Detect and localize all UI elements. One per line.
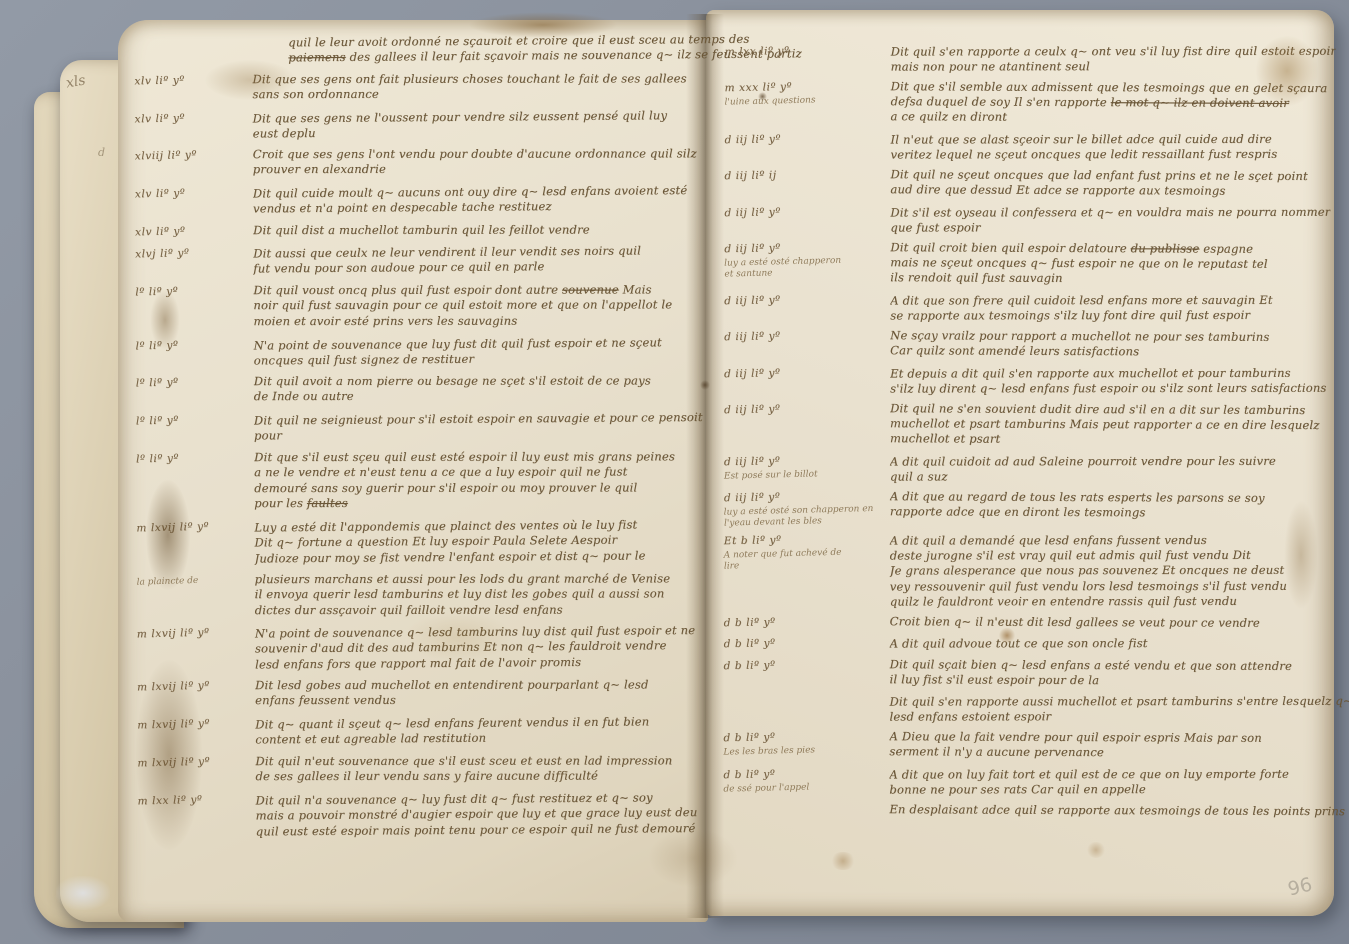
entry-lines: Et depuis a dit quil s'en rapporte aux m…: [890, 365, 1326, 396]
manuscript-line: enfans feussent vendus: [255, 693, 697, 709]
manuscript-line: veritez lequel ne sçeut oncques que ledi…: [891, 147, 1321, 163]
manuscript-line: il luy fist s'il eust espoir pour de la: [890, 672, 1320, 689]
ledger-entry: xlv liº yºDit que ses gens ont fait plus…: [134, 71, 694, 104]
line-text: il luy fist s'il eust espoir pour de la: [890, 672, 1100, 687]
margin-note: luy a esté osté chapperon et santune: [724, 255, 890, 280]
ledger-entry: m lxvij liº yºDit lesd gobes aud muchell…: [137, 677, 697, 710]
ledger-entry: lº liº yºDit que s'il eust sçeu quil eus…: [136, 449, 696, 513]
entry-lines: A dit que son frere quil cuidoit lesd en…: [890, 293, 1320, 324]
manuscript-line: A dit quil cuidoit ad aud Saleine pourro…: [890, 453, 1320, 469]
entry-lines: Dit quil s'en rapporte aussi muchellot e…: [889, 694, 1349, 725]
entry-lines: N'a point de souvenance q~ lesd tamburin…: [255, 623, 697, 673]
manuscript-line: mais non pour ne atantinent seul: [891, 59, 1336, 75]
line-text: a ne le vendre et n'eust tenu a ce que a…: [254, 465, 627, 480]
margin-cell: m lxx liº yº: [138, 792, 256, 807]
margin-note: la plaincte de: [136, 574, 254, 588]
line-text: En desplaisant adce quil se rapporte aux…: [889, 802, 1345, 818]
margin-amount: d iij liº yº: [724, 365, 890, 381]
line-text: Dit que ses gens ne l'oussent pour vendr…: [253, 108, 668, 125]
manuscript-line: Dit quil dist a muchellot tamburin quil …: [253, 222, 695, 238]
line-text: A dit que on luy fait tort et quil est d…: [889, 767, 1289, 782]
line-text: Croit bien q~ il n'eust dit lesd gallees…: [890, 614, 1260, 630]
ledger-entry: d iij liº yºluy a esté osté chapperon et…: [724, 241, 1320, 288]
manuscript-line: A dit que on luy fait tort et quil est d…: [889, 766, 1319, 782]
ledger-entry: d iij liº yºEst posé sur le billotA dit …: [724, 453, 1320, 484]
margin-amount: m lxx liº yº: [725, 43, 891, 59]
entry-lines: Luy a esté dit l'appondemis que plainct …: [254, 517, 696, 567]
line-text: a ce quilz en diront: [890, 110, 1007, 125]
manuscript-line: muchellot et psart: [890, 432, 1320, 449]
margin-cell: m lxvij liº yº: [137, 626, 255, 641]
margin-cell: d iij liº yºEst posé sur le billot: [724, 453, 890, 480]
entry-lines: Dit quil dist a muchellot tamburin quil …: [253, 222, 695, 238]
manuscript-line: Je grans alesperance que nous pas souven…: [890, 563, 1320, 579]
line-text: quil eust esté espoir mais point tenu po…: [256, 820, 696, 837]
manuscript-line: Croit que ses gens l'ont vendu pour doub…: [253, 147, 697, 163]
manuscript-line: Il n'eut que se alast sçeoir sur le bill…: [890, 132, 1320, 148]
margin-note: Les les bras les pies: [723, 744, 889, 759]
margin-note: Est posé sur le billot: [724, 467, 890, 482]
margin-amount: d iij liº yº: [724, 240, 890, 256]
line-text: Dit q~ quant il sçeut q~ lesd enfans feu…: [255, 714, 649, 731]
ledger-entry: la plaincte deplusieurs marchans et auss…: [137, 571, 697, 620]
line-text: vendus et n'a point en despecable tache …: [253, 200, 552, 216]
entry-lines: Dit quil n'eut souvenance que s'il eust …: [255, 753, 697, 785]
line-text: muchellot et psart tamburins Mais peut r…: [890, 416, 1320, 432]
line-text: Dit quil croit bien quil espoir delatour…: [890, 240, 1130, 255]
line-text: A dit quil advoue tout ce que son oncle …: [890, 636, 1148, 650]
margin-cell: m xxx liº yºl'uine aux questions: [725, 80, 891, 107]
margin-cell: d b liº yºLes les bras les pies: [723, 730, 889, 757]
line-text: N'a point de souvenance q~ lesd tamburin…: [255, 623, 696, 640]
manuscript-line: de Inde ou autre: [254, 389, 696, 405]
manuscript-line: a ce quilz en diront: [890, 110, 1327, 127]
margin-amount: d iij liº ij: [724, 167, 890, 183]
line-text: sans son ordonnance: [252, 87, 378, 101]
margin-cell: Et b liº yºA noter que fut achevé de lir…: [724, 533, 890, 570]
manuscript-line: fut vendu pour son audoue pour ce quil e…: [253, 259, 695, 278]
line-text: pour les: [254, 496, 307, 510]
margin-cell: d b liº yº: [724, 657, 890, 671]
ledger-entry: lº liº yºDit quil ne seignieust pour s'i…: [136, 411, 696, 444]
line-text: deste jurogne s'il est vray quil eut adm…: [890, 548, 1251, 563]
manuscript-line: deste jurogne s'il est vray quil eut adm…: [890, 548, 1320, 564]
entry-lines: Dit quil ne s'en souvient dudit dire aud…: [890, 401, 1320, 448]
ledger-entry: m lxx liº yºDit quil s'en rapporte a ceu…: [725, 43, 1321, 74]
line-text: rapporte adce que en diront les tesmoing…: [890, 504, 1146, 519]
manuscript-line: Judioze pour moy se fist vendre l'enfant…: [255, 547, 697, 566]
strike-segment: le mot q~ ilz en doivent avoir: [1111, 96, 1289, 111]
manuscript-line: quil a suz: [890, 469, 1320, 485]
line-text: A dit que son frere quil cuidoit lesd en…: [890, 293, 1272, 308]
line-text: Dit quil ne sçeut oncques que lad enfant…: [890, 168, 1307, 184]
ledger-entry: d iij liº yºDit s'il est oyseau il confe…: [724, 204, 1320, 235]
line-text: eust deplu: [253, 126, 316, 140]
line-text: A Dieu que la fait vendre pour quil espo…: [889, 730, 1261, 746]
line-text: A dit quil a demandé que lesd enfans fus…: [890, 533, 1207, 548]
manuscript-line: A dit quil advoue tout ce que son oncle …: [890, 636, 1320, 652]
margin-amount: m lxx liº yº: [137, 792, 255, 808]
line-text: content et eut agreable lad restitution: [255, 731, 486, 747]
ledger-entry: d b liº yºA dit quil advoue tout ce que …: [724, 636, 1320, 652]
margin-cell: xlv liº yº: [135, 186, 253, 201]
ledger-entry: d b liº yºCroit bien q~ il n'eust dit le…: [724, 615, 1320, 631]
entry-lines: Dit q~ quant il sçeut q~ lesd enfans feu…: [255, 714, 697, 748]
ledger-entry: quil le leur avoit ordonné ne sçauroit e…: [134, 33, 694, 66]
line-text: enfans feussent vendus: [255, 694, 396, 708]
ledger-entry: d b liº yºLes les bras les piesA Dieu qu…: [723, 730, 1319, 761]
line-text: Il n'eut que se alast sçeoir sur le bill…: [890, 132, 1271, 147]
margin-cell: xlviij liº yº: [135, 148, 253, 163]
line-text: Et depuis a dit quil s'en rapporte aux m…: [890, 365, 1291, 380]
line-text: A dit que au regard de tous les rats esp…: [890, 489, 1265, 505]
manuscript-line: que fust espoir: [890, 220, 1330, 236]
entry-lines: quil le leur avoit ordonné ne sçauroit e…: [252, 31, 802, 66]
margin-note: A noter que fut achevé de lire: [724, 547, 890, 572]
margin-amount: d b liº yº: [724, 635, 890, 651]
ledger-entry: Et b liº yºA noter que fut achevé de lir…: [724, 533, 1320, 610]
margin-cell: d iij liº yº: [725, 131, 891, 145]
manuscript-line: vey ressouvenir quil fust vendu lors les…: [890, 578, 1320, 594]
manuscript-line: Dit quil sçait bien q~ lesd enfans a est…: [890, 657, 1320, 674]
manuscript-line: Car quilz sont amendé leurs satisfaction…: [890, 344, 1320, 361]
margin-amount: xlv liº yº: [135, 186, 253, 202]
manuscript-line: lesd enfans estoient espoir: [890, 709, 1349, 725]
ledger-entry: lº liº yºN'a point de souvenance que luy…: [136, 335, 696, 368]
margin-amount: m lxvij liº yº: [137, 717, 255, 733]
manuscript-line: Dit quil n'eut souvenance que s'il eust …: [255, 753, 697, 769]
margin-cell: d iij liº ij: [724, 168, 890, 182]
margin-amount: d iij liº yº: [724, 131, 890, 147]
line-text: mais a pouvoir monstré d'augier espoir q…: [256, 805, 698, 822]
ledger-entry: d iij liº yºEt depuis a dit quil s'en ra…: [724, 365, 1320, 396]
line-text: Dit quil dist a muchellot tamburin quil …: [253, 223, 590, 238]
line-text: vey ressouvenir quil fust vendu lors les…: [890, 579, 1287, 594]
margin-amount: m lxvij liº yº: [136, 519, 254, 535]
line-text: A dit quil cuidoit ad aud Saleine pourro…: [890, 454, 1276, 469]
margin-cell: d iij liº yº: [724, 365, 890, 379]
line-text: moien et avoir esté prins vers les sauva…: [253, 314, 517, 328]
margin-cell: d iij liº yº: [724, 402, 890, 416]
manuscript-line: Dit quil s'en rapporte a ceulx q~ ont ve…: [891, 44, 1336, 60]
line-tail: espagne: [1199, 242, 1253, 256]
line-text: Ne sçay vrailz pour rapport a muchellot …: [890, 328, 1269, 344]
line-text: se rapporte aux tesmoings s'ilz luy font…: [890, 308, 1250, 323]
strike-segment: paiemens: [288, 50, 345, 64]
manuscript-line: lesd enfans fors que rapport mal fait de…: [255, 654, 697, 673]
margin-cell: lº liº yº: [136, 451, 254, 466]
line-text: Dit quil s'en rapporte a ceulx q~ ont ve…: [891, 44, 1336, 59]
margin-cell: m lxvij liº yº: [137, 755, 255, 770]
margin-cell: xlvj liº yº: [135, 246, 253, 261]
manuscript-line: A dit que son frere quil cuidoit lesd en…: [890, 293, 1320, 309]
margin-letter-mark: d: [98, 146, 105, 159]
line-text: Dit quil n'eut souvenance que s'il eust …: [255, 753, 672, 768]
entry-lines: A dit quil a demandé que lesd enfans fus…: [890, 533, 1320, 610]
margin-cell: d b liº yº: [724, 615, 890, 629]
manuscript-line: moien et avoir esté prins vers les sauva…: [253, 313, 695, 329]
margin-amount: xlv liº yº: [134, 72, 252, 88]
line-text: fut vendu pour son audoue pour ce quil e…: [253, 260, 544, 276]
margin-cell: [134, 35, 252, 37]
ledger-entry: d iij liº yºDit quil ne s'en souvient du…: [724, 402, 1320, 449]
margin-cell: m lxvij liº yº: [136, 519, 254, 534]
line-text: souvenir d'aud dit des aud tamburins Et …: [255, 639, 667, 656]
margin-amount: lº liº yº: [135, 284, 253, 300]
margin-cell: d iij liº yº: [724, 292, 890, 306]
margin-cell: xlv liº yº: [135, 224, 253, 239]
margin-amount: d iij liº yº: [724, 453, 890, 469]
margin-amount: xlviij liº yº: [135, 148, 253, 164]
line-text: Dit quil cuide moult q~ aucuns ont ouy d…: [253, 183, 688, 200]
line-text: Dit que s'il semble aux admissent que le…: [891, 80, 1328, 96]
margin-amount: d iij liº yº: [724, 204, 890, 220]
entry-lines: Dit quil croit bien quil espoir delatour…: [890, 240, 1320, 287]
line-text: dictes dur assçavoir quil failloit vendr…: [255, 602, 563, 617]
strike-segment: du publisse: [1131, 241, 1200, 255]
manuscript-line: sans son ordonnance: [252, 87, 694, 103]
margin-amount: d iij liº yº: [724, 489, 890, 505]
margin-amount: d b liº yº: [723, 657, 889, 673]
line-text: Dit s'il est oyseau il confessera et q~ …: [890, 205, 1330, 220]
manuscript-line: pour: [254, 425, 703, 444]
entry-lines: A dit que au regard de tous les rats esp…: [890, 489, 1320, 521]
margin-amount: xlv liº yº: [134, 110, 252, 126]
entry-lines: Dit que ses gens ne l'oussent pour vendr…: [253, 108, 695, 142]
manuscript-line: dictes dur assçavoir quil failloit vendr…: [255, 602, 697, 618]
margin-cell: d b liº yºde ssé pour l'appel: [723, 766, 889, 793]
line-text: bonne ne pour ses rats Car quil en appel…: [889, 782, 1146, 796]
line-text: que fust espoir: [890, 220, 980, 234]
line-text: defsa duquel de soy Il s'en rapporte: [891, 95, 1111, 110]
line-text: ils rendoit quil fust sauvagin: [890, 271, 1063, 286]
entry-lines: A dit quil advoue tout ce que son oncle …: [890, 636, 1320, 652]
margin-note: de ssé pour l'appel: [723, 780, 889, 795]
ledger-entry: m lxx liº yºDit quil n'a souvenance q~ l…: [138, 790, 698, 839]
margin-amount: Et b liº yº: [724, 532, 890, 548]
right-page-entries: m lxx liº yºDit quil s'en rapporte a ceu…: [723, 43, 1320, 824]
margin-cell: d iij liº yº: [724, 329, 890, 343]
manuscript-line: rapporte adce que en diront les tesmoing…: [890, 504, 1320, 521]
margin-amount: m lxvij liº yº: [137, 754, 255, 770]
margin-cell: d b liº yº: [724, 636, 890, 650]
entry-lines: N'a point de souvenance que luy fust dit…: [254, 335, 696, 369]
line-text: noir quil fust sauvagin pour ce quil est…: [253, 298, 672, 313]
margin-amount: lº liº yº: [136, 450, 254, 466]
margin-cell: [724, 693, 890, 694]
manuscript-line: vendus et n'a point en despecable tache …: [253, 199, 695, 218]
manuscript-line: Dit quil voust oncq plus quil fust espoi…: [253, 283, 695, 299]
manuscript-line: pour les faultes: [254, 496, 696, 512]
margin-cell: xlv liº yº: [134, 73, 252, 88]
ledger-entry: d iij liº yºA dit que son frere quil cui…: [724, 292, 1320, 323]
line-text: mais non pour ne atantinent seul: [891, 59, 1090, 73]
ledger-entry: d iij liº yºluy a esté osté son chappero…: [724, 490, 1320, 528]
line-text: Dit quil ne s'en souvient dudit dire aud…: [890, 401, 1305, 417]
margin-amount: lº liº yº: [136, 413, 254, 429]
manuscript-line: noir quil fust sauvagin pour ce quil est…: [253, 298, 695, 314]
line-text: muchellot et psart: [890, 432, 1001, 446]
line-text: Dit lesd gobes aud muchellot en entendir…: [255, 678, 648, 693]
margin-amount: d b liº yº: [723, 766, 889, 782]
manuscript-line: plusieurs marchans et aussi pour les lod…: [255, 571, 697, 587]
margin-amount: d iij liº yº: [724, 401, 890, 417]
margin-cell: d iij liº yºluy a esté osté son chappero…: [724, 490, 890, 527]
margin-cell: lº liº yº: [136, 413, 254, 428]
manuscript-line: de ses gallees il leur vendu sans y fair…: [255, 769, 697, 785]
line-tail: Mais: [619, 283, 652, 297]
entry-lines: A dit que on luy fait tort et quil est d…: [889, 766, 1319, 797]
ledger-entry: m lxvij liº yºLuy a esté dit l'appondemi…: [136, 517, 696, 566]
line-text: demouré sans soy guerir pour s'il espoir…: [254, 480, 637, 495]
quire-mark: xls: [65, 72, 87, 91]
entry-lines: Dit quil cuide moult q~ aucuns ont ouy d…: [253, 183, 695, 217]
margin-amount: xlvj liº yº: [135, 246, 253, 262]
entry-lines: Dit quil s'en rapporte a ceulx q~ ont ve…: [891, 44, 1337, 75]
line-text: plusieurs marchans et aussi pour les lod…: [255, 571, 671, 586]
entry-lines: Dit aussi que ceulx ne leur vendirent il…: [253, 243, 695, 277]
manuscript-line: a ne le vendre et n'eust tenu a ce que a…: [254, 465, 696, 481]
margin-amount: m lxvij liº yº: [137, 679, 255, 695]
margin-amount: lº liº yº: [135, 337, 253, 353]
margin-cell: d iij liº yºluy a esté osté chapperon et…: [724, 241, 890, 278]
manuscript-line: prouver en alexandrie: [253, 162, 697, 178]
ledger-entry: m lxvij liº yºDit q~ quant il sçeut q~ l…: [137, 715, 697, 748]
line-text: veritez lequel ne sçeut oncques que ledi…: [891, 147, 1278, 162]
ledger-entry: xlvj liº yºDit aussi que ceulx ne leur v…: [135, 244, 695, 277]
ledger-entry: lº liº yºDit quil avoit a nom pierre ou …: [136, 373, 696, 406]
line-text: prouver en alexandrie: [253, 163, 386, 177]
manuscript-line: serment il n'y a aucune pervenance: [889, 745, 1319, 762]
line-text: Judioze pour moy se fist vendre l'enfant…: [255, 548, 646, 565]
manuscript-photo-background: quil le leur avoit ordonné ne sçauroit e…: [0, 0, 1349, 944]
entry-lines: Dit quil sçait bien q~ lesd enfans a est…: [890, 657, 1320, 689]
entry-lines: Dit quil n'a souvenance q~ luy fust dit …: [255, 790, 697, 840]
ledger-entry: m lxvij liº yºDit quil n'eut souvenance …: [137, 753, 697, 786]
line-text: Dit quil n'a souvenance q~ luy fust dit …: [255, 790, 652, 807]
line-text: lesd enfans estoient espoir: [890, 709, 1052, 723]
manuscript-line: se rapporte aux tesmoings s'ilz luy font…: [890, 308, 1320, 324]
entry-lines: Dit que ses gens ont fait plusieurs chos…: [252, 71, 694, 103]
line-text: oncques quil fust signez de restituer: [254, 352, 475, 368]
entry-lines: Dit lesd gobes aud muchellot en entendir…: [255, 678, 697, 710]
left-page-entries: quil le leur avoit ordonné ne sçauroit e…: [134, 33, 698, 846]
margin-note: l'uine aux questions: [724, 94, 890, 109]
manuscript-line: quilz le fauldront veoir en entendre ras…: [890, 594, 1320, 610]
line-text: aud dire que dessud Et adce se rapporte …: [890, 183, 1225, 198]
line-text: Car quilz sont amendé leurs satisfaction…: [890, 344, 1139, 359]
entry-lines: Dit quil voust oncq plus quil fust espoi…: [253, 283, 695, 330]
line-text: Dit q~ fortune a question Et luy espoir …: [254, 533, 617, 550]
line-text: Croit que ses gens l'ont vendu pour doub…: [253, 147, 697, 162]
margin-cell: lº liº yº: [136, 375, 254, 390]
entry-lines: Croit que ses gens l'ont vendu pour doub…: [253, 147, 697, 179]
strike-segment: souvenue: [562, 283, 619, 297]
margin-amount: d b liº yº: [724, 614, 890, 630]
entry-lines: A dit quil cuidoit ad aud Saleine pourro…: [890, 453, 1320, 484]
ledger-entry: m xxx liº yºl'uine aux questionsDit que …: [725, 80, 1321, 127]
ledger-entry: m lxvij liº yºN'a point de souvenance q~…: [137, 624, 697, 673]
line-text: Luy a esté dit l'appondemis que plainct …: [254, 517, 637, 534]
strike-segment: faultes: [307, 496, 348, 510]
line-text: pour: [254, 429, 282, 443]
entry-lines: plusieurs marchans et aussi pour les lod…: [255, 571, 697, 618]
manuscript-line: content et eut agreable lad restitution: [255, 729, 697, 748]
manuscript-line: oncques quil fust signez de restituer: [254, 350, 696, 369]
ledger-entry: d b liº yºde ssé pour l'appelA dit que o…: [723, 766, 1319, 797]
margin-amount: m lxvij liº yº: [137, 625, 255, 641]
ledger-entry: xlv liº yºDit quil dist a muchellot tamb…: [135, 222, 695, 240]
manuscript-line: ils rendoit quil fust sauvagin: [890, 271, 1320, 288]
manuscript-line: Dit s'il est oyseau il confessera et q~ …: [890, 205, 1330, 221]
manuscript-line: Croit bien q~ il n'eust dit lesd gallees…: [890, 614, 1320, 631]
ledger-entry: En desplaisant adce quil se rapporte aux…: [723, 803, 1319, 819]
line-text: quilz le fauldront veoir en entendre ras…: [890, 594, 1237, 609]
ledger-entry: lº liº yºDit quil voust oncq plus quil f…: [135, 282, 695, 331]
manuscript-line: bonne ne pour ses rats Car quil en appel…: [889, 782, 1319, 798]
ledger-entry: xlv liº yºDit quil cuide moult q~ aucuns…: [135, 184, 695, 217]
line-text: Dit quil sçait bien q~ lesd enfans a est…: [890, 657, 1292, 673]
manuscript-line: Dit lesd gobes aud muchellot en entendir…: [255, 678, 697, 694]
line-text: N'a point de souvenance que luy fust dit…: [254, 335, 662, 352]
ledger-entry: xlv liº yºDit que ses gens ne l'oussent …: [135, 108, 695, 141]
entry-lines: Dit quil ne seignieust pour s'il estoit …: [254, 410, 703, 444]
line-text: quil a suz: [890, 469, 948, 483]
manuscript-line: aud dire que dessud Et adce se rapporte …: [890, 183, 1320, 200]
margin-cell: lº liº yº: [135, 284, 253, 299]
manuscript-line: En desplaisant adce quil se rapporte aux…: [889, 802, 1345, 819]
margin-cell: m lxx liº yº: [725, 43, 891, 57]
manuscript-line: Dit que ses gens ont fait plusieurs chos…: [252, 71, 694, 87]
ledger-entry: d iij liº yºIl n'eut que se alast sçeoir…: [724, 131, 1320, 162]
line-text: il envoya querir lesd tamburins et luy d…: [255, 587, 665, 602]
entry-lines: En desplaisant adce quil se rapporte aux…: [889, 802, 1345, 819]
line-text: serment il n'y a aucune pervenance: [889, 745, 1104, 760]
entry-lines: Dit quil avoit a nom pierre ou besage ne…: [254, 374, 696, 406]
margin-cell: d iij liº yº: [724, 204, 890, 218]
entry-lines: Dit que s'il eust sçeu quil eust esté es…: [254, 449, 696, 511]
ledger-entry: Dit quil s'en rapporte aussi muchellot e…: [723, 693, 1319, 724]
ledger-entry: d iij liº ijDit quil ne sçeut oncques qu…: [724, 168, 1320, 199]
margin-amount: d iij liº yº: [724, 328, 890, 344]
line-text: Dit quil voust oncq plus quil fust espoi…: [253, 283, 562, 298]
margin-cell: la plaincte de: [137, 572, 255, 586]
ledger-entry: d b liº yºDit quil sçait bien q~ lesd en…: [724, 657, 1320, 688]
line-text: Dit quil s'en rapporte aussi muchellot e…: [889, 694, 1349, 709]
entry-lines: Dit s'il est oyseau il confessera et q~ …: [890, 205, 1330, 236]
ledger-entry: xlviij liº yºCroit que ses gens l'ont ve…: [135, 146, 695, 179]
entry-lines: Ne sçay vrailz pour rapport a muchellot …: [890, 328, 1320, 360]
manuscript-line: s'ilz luy dirent q~ lesd enfans fust esp…: [890, 381, 1326, 397]
line-text: Dit aussi que ceulx ne leur vendirent il…: [253, 244, 641, 261]
margin-cell: m lxvij liº yº: [137, 717, 255, 732]
margin-cell: [723, 803, 889, 804]
manuscript-line: Dit quil s'en rapporte aussi muchellot e…: [889, 694, 1349, 710]
entry-lines: Dit quil ne sçeut oncques que lad enfant…: [890, 168, 1320, 200]
line-text: lesd enfans fors que rapport mal fait de…: [255, 655, 581, 672]
manuscript-line: demouré sans soy guerir pour s'il espoir…: [254, 480, 696, 496]
manuscript-line: A dit quil a demandé que lesd enfans fus…: [890, 533, 1320, 549]
entry-lines: Il n'eut que se alast sçeoir sur le bill…: [890, 132, 1320, 163]
margin-cell: lº liº yº: [136, 337, 254, 352]
entry-lines: Dit que s'il semble aux admissent que le…: [890, 80, 1327, 128]
margin-cell: m lxvij liº yº: [137, 679, 255, 694]
line-text: mais ne sçeut oncques q~ fust espoir ne …: [890, 256, 1267, 272]
line-text: Je grans alesperance que nous pas souven…: [890, 563, 1285, 578]
margin-amount: d iij liº yº: [724, 292, 890, 308]
line-text: s'ilz luy dirent q~ lesd enfans fust esp…: [890, 381, 1326, 396]
line-text: Dit que ses gens ont fait plusieurs chos…: [252, 71, 686, 86]
